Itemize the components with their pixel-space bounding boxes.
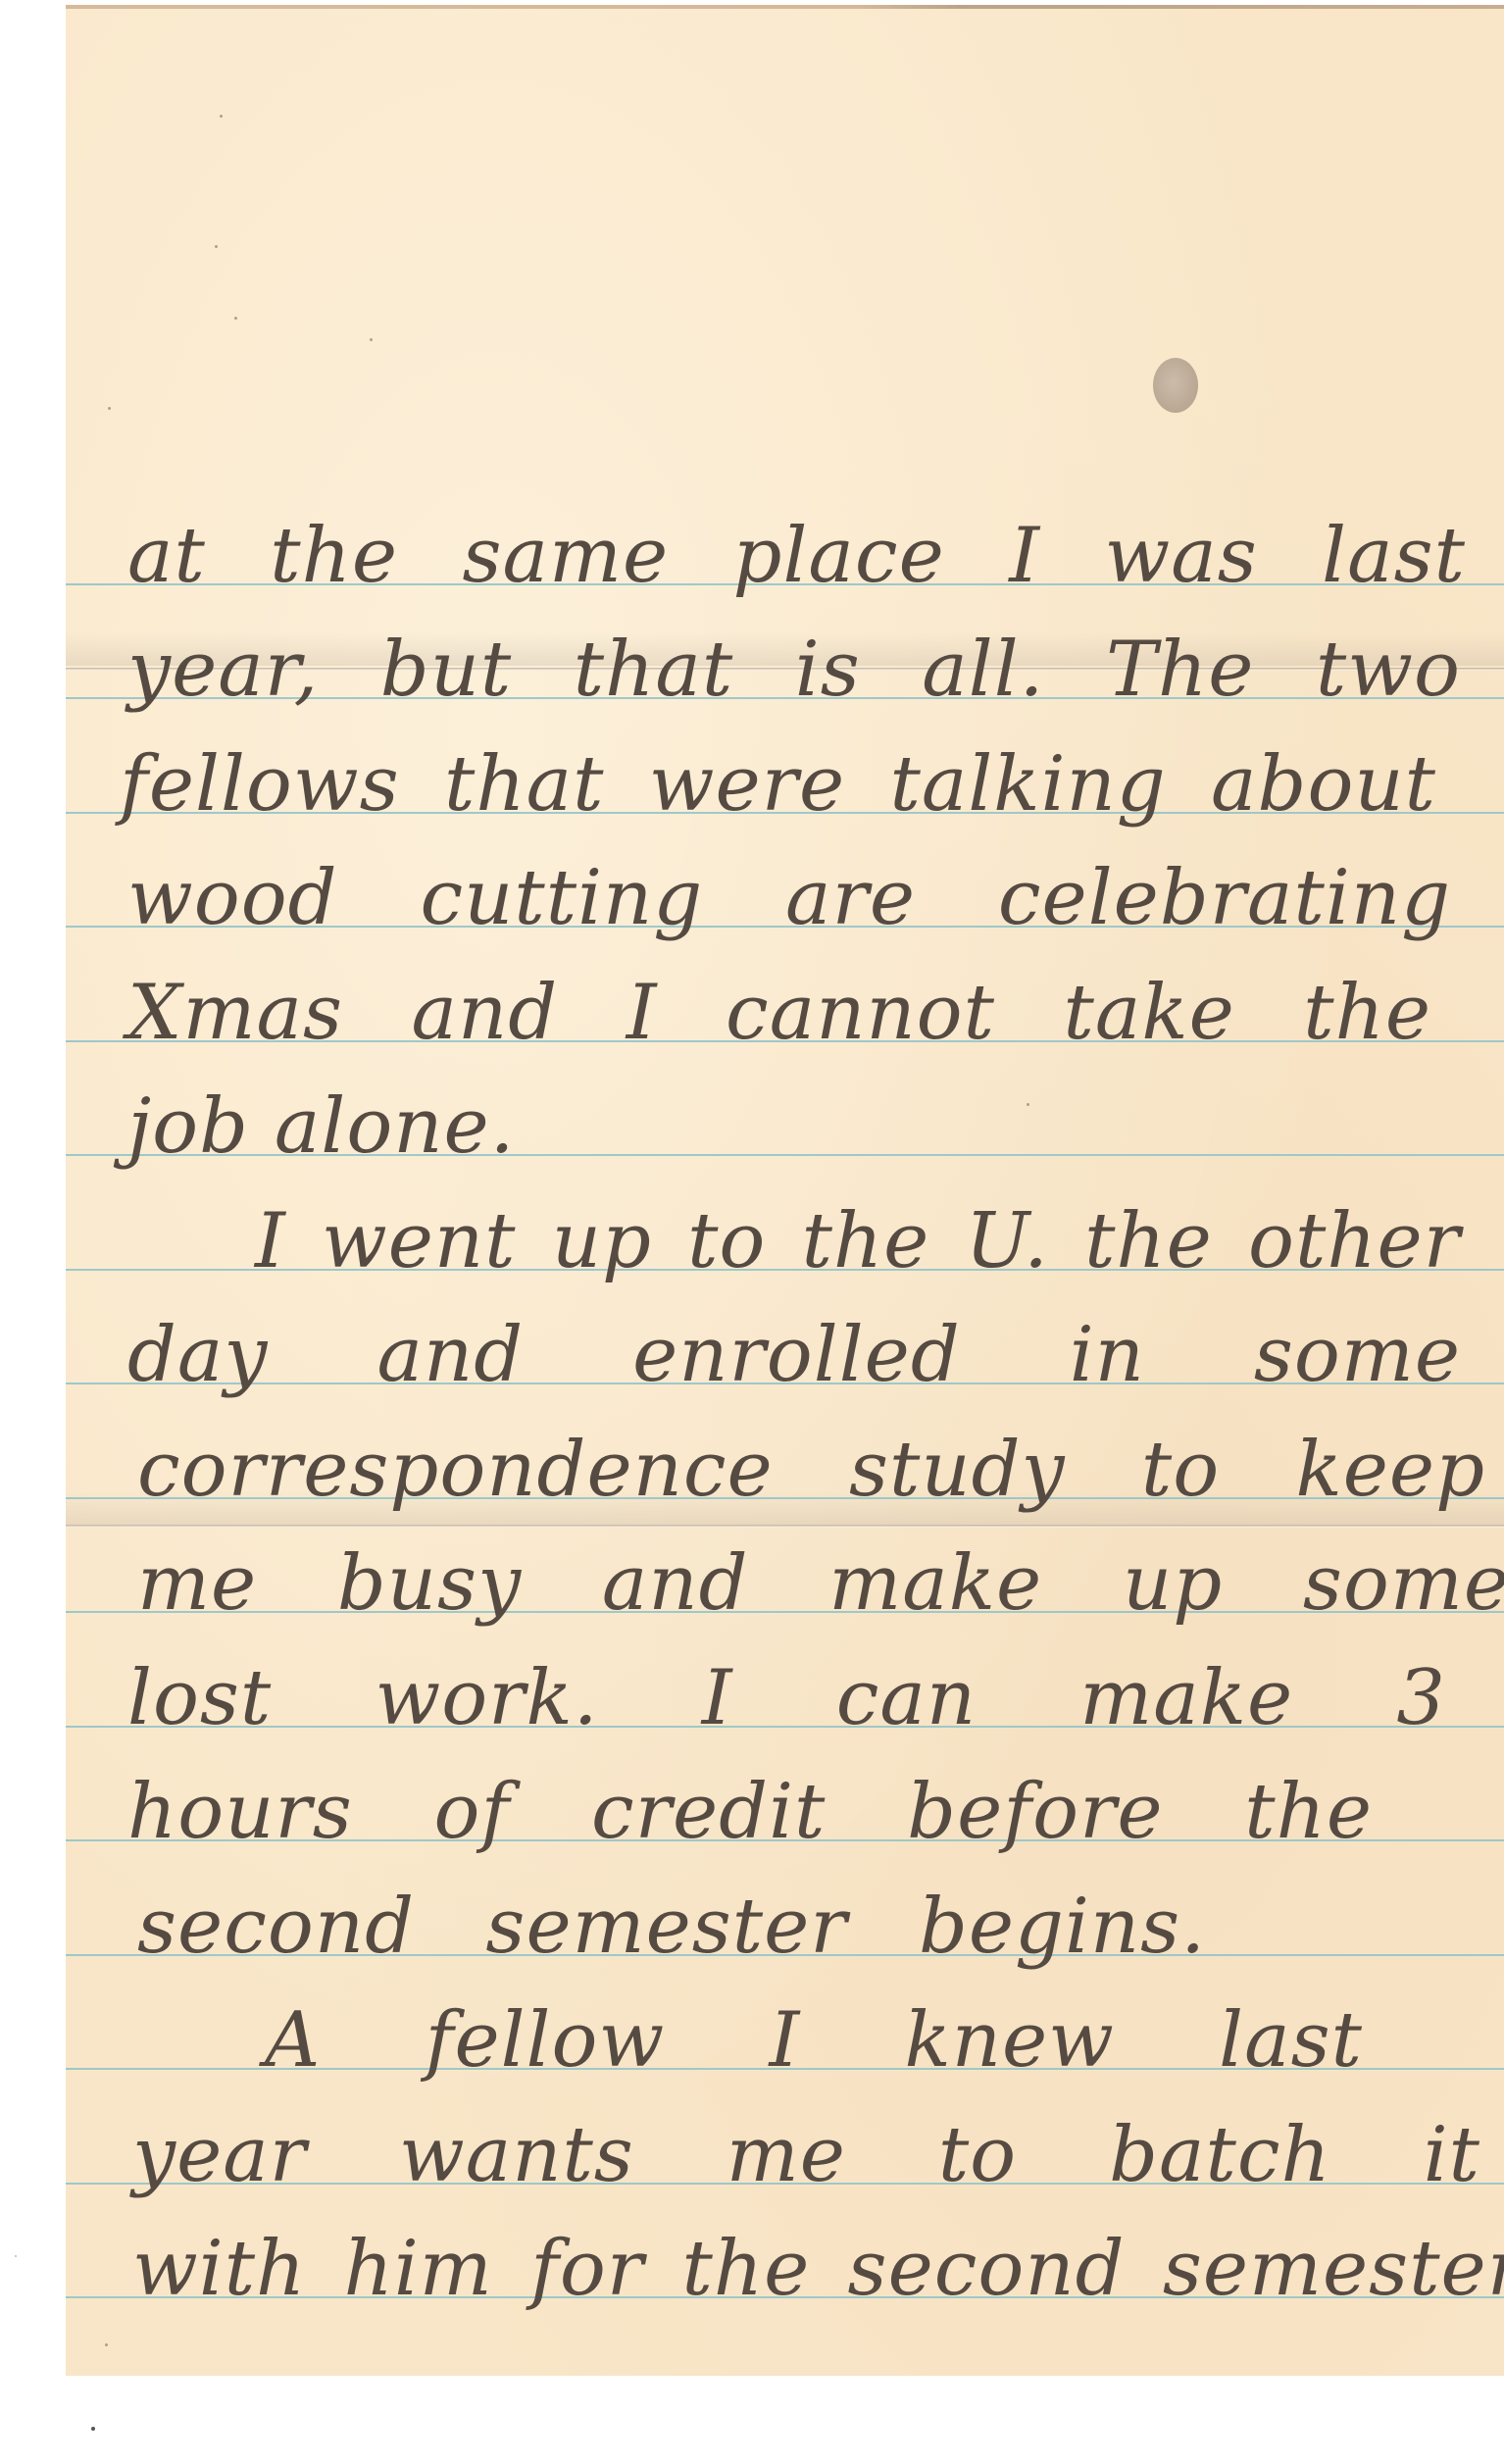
- letter-line: Xmas and I cannot take the: [127, 966, 1431, 1060]
- stray-dot: [15, 2255, 17, 2257]
- letter-line: wood cutting are celebrating: [127, 851, 1451, 945]
- paper-top-edge: [66, 5, 1504, 9]
- letter-line: job alone.: [127, 1080, 618, 1174]
- stray-dot: [91, 2427, 95, 2431]
- ink-spot: [1153, 358, 1198, 413]
- letter-line: with him for the second semester: [132, 2222, 1504, 2316]
- letter-line: hours of credit before the: [127, 1765, 1373, 1859]
- letter-line: year, but that is all. The two: [127, 623, 1461, 717]
- letter-line: fellows that were talking about: [120, 737, 1436, 831]
- fold-crease-lower: [66, 1525, 1504, 1528]
- letter-line: year wants me to batch it: [132, 2108, 1480, 2202]
- letter-line: I went up to the U. the other: [255, 1194, 1461, 1288]
- letter-line: A fellow I knew last: [265, 1993, 1363, 2087]
- letter-line: lost work. I can make 3: [127, 1651, 1446, 1745]
- letter-line: second semester begins.: [137, 1880, 1206, 1974]
- letter-line: correspondence study to keep: [137, 1423, 1485, 1517]
- letter-line: day and enrolled in some: [127, 1308, 1461, 1402]
- letter-line: me busy and make up some: [137, 1536, 1504, 1631]
- letter-paper: at the same place I was last year, but t…: [66, 5, 1504, 2376]
- letter-line: at the same place I was last: [127, 509, 1466, 603]
